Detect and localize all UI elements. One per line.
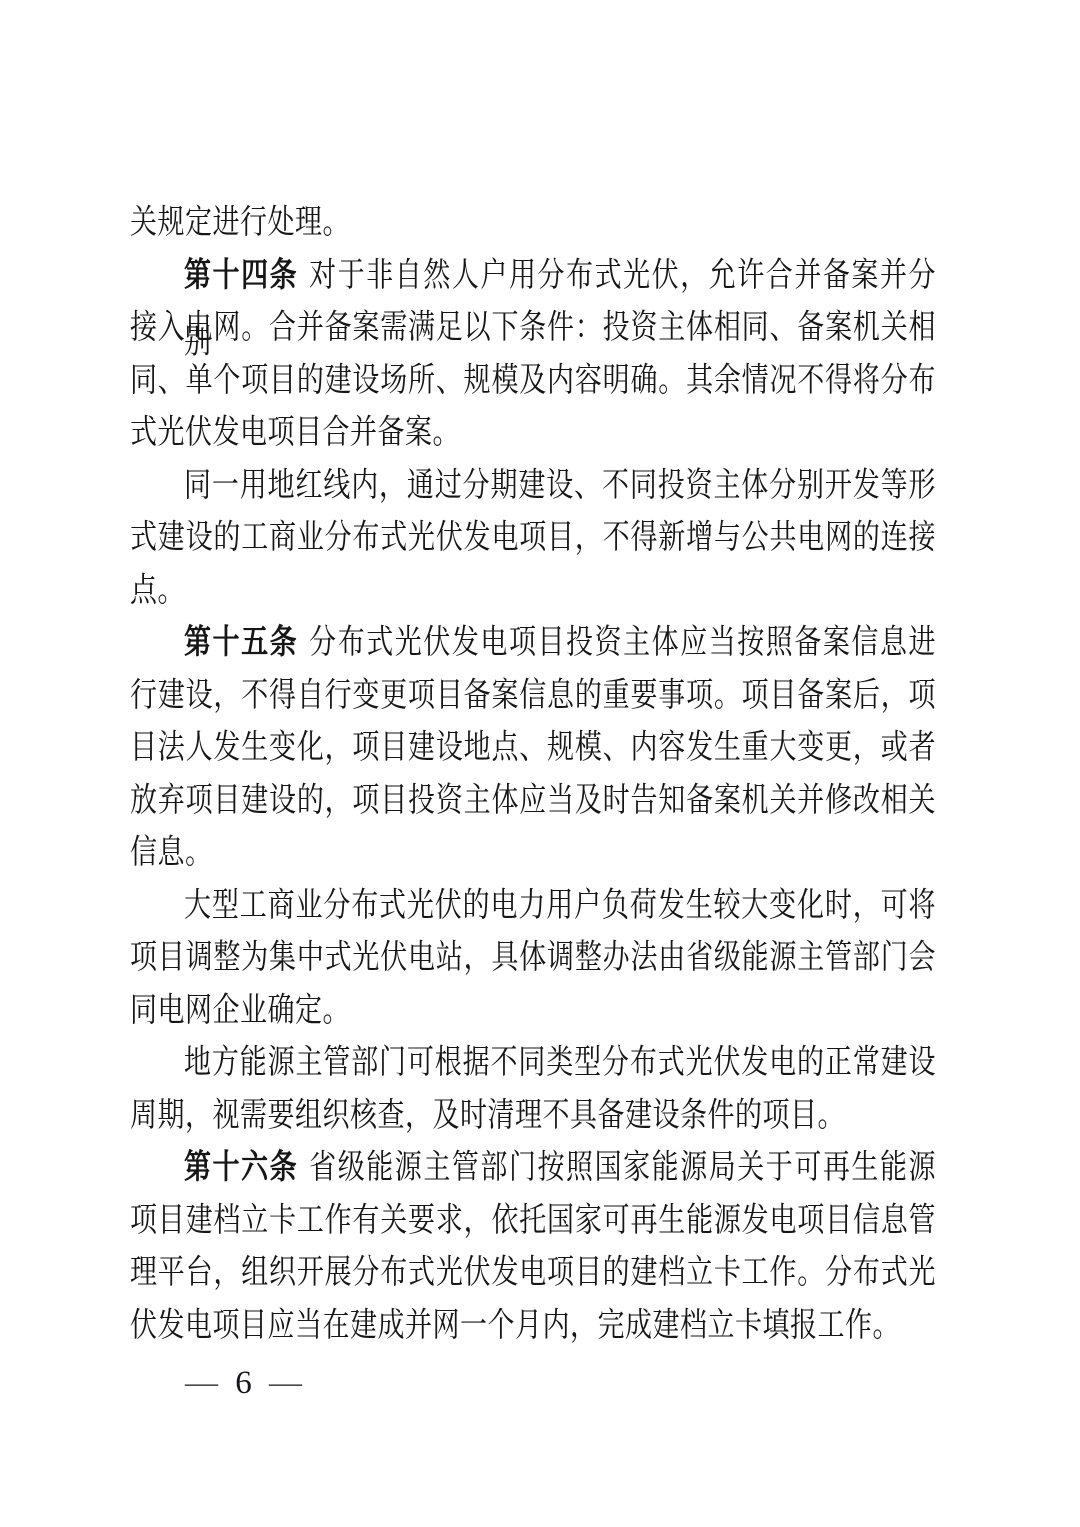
- document-page: 关规定进行处理。第十四条对于非自然人户用分布式光伏，允许合并备案并分别接入电网。…: [0, 0, 1080, 1527]
- line-text: 省级能源主管部门按照国家能源局关于可再生能源: [309, 1148, 936, 1186]
- line-text: 行建设，不得自行变更项目备案信息的重要事项。项目备案后，项: [130, 676, 936, 714]
- line-text: 同电网企业确定。: [130, 991, 350, 1029]
- footer-dash-right: —: [269, 1365, 302, 1401]
- page-footer: — 6 —: [185, 1363, 302, 1403]
- line-text: 理平台，组织开展分布式光伏发电项目的建档立卡工作。分布式光: [130, 1253, 936, 1291]
- line-text: 项目调整为集中式光伏电站，具体调整办法由省级能源主管部门会: [130, 938, 936, 976]
- document-text: 关规定进行处理。第十四条对于非自然人户用分布式光伏，允许合并备案并分别接入电网。…: [130, 196, 936, 1351]
- line-text: 目法人发生变化，项目建设地点、规模、内容发生重大变更，或者: [130, 728, 936, 766]
- text-line: 伏发电项目应当在建成并网一个月内，完成建档立卡填报工作。: [130, 1292, 936, 1358]
- para-local-energy-authority: 地方能源主管部门可根据不同类型分布式光伏发电的正常建设周期，视需要组织核查，及时…: [130, 1036, 936, 1141]
- line-text: 放弃项目建设的，项目投资主体应当及时告知备案机关并修改相关: [130, 781, 936, 819]
- line-text: 项目建档立卡工作有关要求，依托国家可再生能源发电项目信息管: [130, 1201, 936, 1239]
- footer-dash-left: —: [185, 1365, 218, 1401]
- line-text: 大型工商业分布式光伏的电力用户负荷发生较大变化时，可将: [184, 886, 936, 924]
- line-text: 伏发电项目应当在建成并网一个月内，完成建档立卡填报工作。: [130, 1306, 900, 1344]
- line-text: 分布式光伏发电项目投资主体应当按照备案信息进: [309, 623, 936, 661]
- line-text: 同一用地红线内，通过分期建设、不同投资主体分别开发等形: [184, 466, 936, 504]
- article-number-heading: 第十四条: [184, 256, 298, 294]
- line-text: 周期，视需要组织核查，及时清理不具备建设条件的项目。: [130, 1096, 845, 1134]
- footer-page-number: 6: [235, 1365, 252, 1401]
- line-text: 关规定进行处理。: [130, 203, 350, 241]
- para-same-land-redline: 同一用地红线内，通过分期建设、不同投资主体分别开发等形式建设的工商业分布式光伏发…: [130, 459, 936, 617]
- article-number-heading: 第十五条: [184, 623, 298, 661]
- line-text: 式建设的工商业分布式光伏发电项目，不得新增与公共电网的连接: [130, 518, 936, 556]
- line-text: 式光伏发电项目合并备案。: [130, 413, 460, 451]
- para-large-commercial: 大型工商业分布式光伏的电力用户负荷发生较大变化时，可将项目调整为集中式光伏电站，…: [130, 879, 936, 1037]
- article-15: 第十五条分布式光伏发电项目投资主体应当按照备案信息进行建设，不得自行变更项目备案…: [130, 616, 936, 879]
- line-text: 信息。: [130, 833, 213, 871]
- line-text: 同、单个项目的建设场所、规模及内容明确。其余情况不得将分布: [130, 361, 936, 399]
- article-14: 第十四条对于非自然人户用分布式光伏，允许合并备案并分别接入电网。合并备案需满足以…: [130, 249, 936, 459]
- article-16: 第十六条省级能源主管部门按照国家能源局关于可再生能源项目建档立卡工作有关要求，依…: [130, 1141, 936, 1351]
- para-continuation: 关规定进行处理。: [130, 196, 936, 249]
- article-number-heading: 第十六条: [184, 1148, 298, 1186]
- line-text: 接入电网。合并备案需满足以下条件：投资主体相同、备案机关相: [130, 308, 936, 346]
- line-text: 点。: [130, 571, 185, 609]
- line-text: 地方能源主管部门可根据不同类型分布式光伏发电的正常建设: [184, 1043, 936, 1081]
